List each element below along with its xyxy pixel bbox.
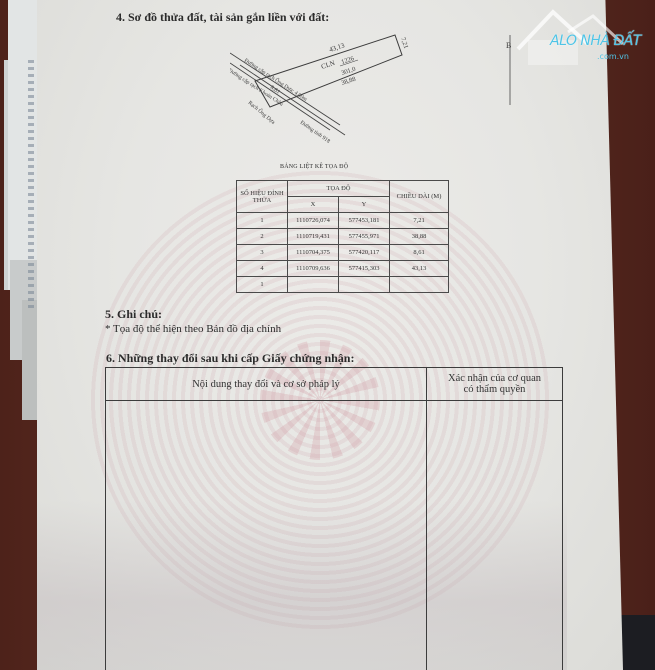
parcel-sketch: B 43,13 CLN 1226 301,0 38,88 7,21 8,61 Đ…	[230, 25, 530, 165]
watermark-domain: .com.vn	[597, 52, 629, 61]
header-x: X	[288, 197, 339, 213]
section-6-title: 6. Những thay đổi sau khi cấp Giấy chứng…	[106, 351, 354, 366]
section-5-title: 5. Ghi chú:	[105, 307, 162, 322]
svg-text:1226: 1226	[340, 55, 355, 66]
table-row: 1	[237, 277, 449, 293]
header-coords: TỌA ĐỘ	[288, 181, 390, 197]
coords-table-title: BẢNG LIỆT KÊ TỌA ĐỘ	[280, 164, 348, 170]
authority-confirmation-cell	[427, 401, 563, 670]
svg-text:CLN: CLN	[320, 59, 336, 71]
coords-table: SỐ HIỆU ĐỈNH THỬA TỌA ĐỘ CHIỀU DÀI (M) X…	[236, 180, 449, 293]
header-change-content: Nội dung thay đổi và cơ sở pháp lý	[106, 368, 427, 401]
section-4-title: 4. Sơ đồ thửa đất, tài sản gắn liền với …	[116, 10, 329, 25]
header-authority-confirmation: Xác nhận của cơ quan có thẩm quyền	[427, 368, 563, 401]
svg-text:Đường cặp rạch Ông Dựa: 4,00m: Đường cặp rạch Ông Dựa: 4,00m	[243, 56, 310, 103]
table-row: 3 1110704,375 577420,117 8,61	[237, 245, 449, 261]
header-y: Y	[339, 197, 390, 213]
svg-text:Rạch Ông Dựa: Rạch Ông Dựa	[247, 98, 278, 126]
svg-text:38,88: 38,88	[340, 76, 356, 87]
table-row: 1 1110726,074 577453,181 7,21	[237, 213, 449, 229]
table-row: 2 1110719,431 577455,971 38,88	[237, 229, 449, 245]
change-content-cell	[106, 401, 427, 670]
watermark-brand: ALO NHÀ ĐẤT	[550, 33, 641, 49]
header-length: CHIỀU DÀI (M)	[390, 181, 449, 213]
svg-text:Đường tỉnh 918: Đường tỉnh 918	[299, 120, 331, 145]
header-point: SỐ HIỆU ĐỈNH THỬA	[237, 181, 288, 213]
section-5-note: * Tọa độ thể hiện theo Bản đồ địa chính	[105, 323, 281, 335]
table-row: 4 1110709,636 577415,303 43,13	[237, 261, 449, 277]
changes-table: Nội dung thay đổi và cơ sở pháp lý Xác n…	[105, 367, 563, 670]
perforation-marks	[28, 60, 34, 310]
svg-text:7,21: 7,21	[399, 36, 409, 49]
